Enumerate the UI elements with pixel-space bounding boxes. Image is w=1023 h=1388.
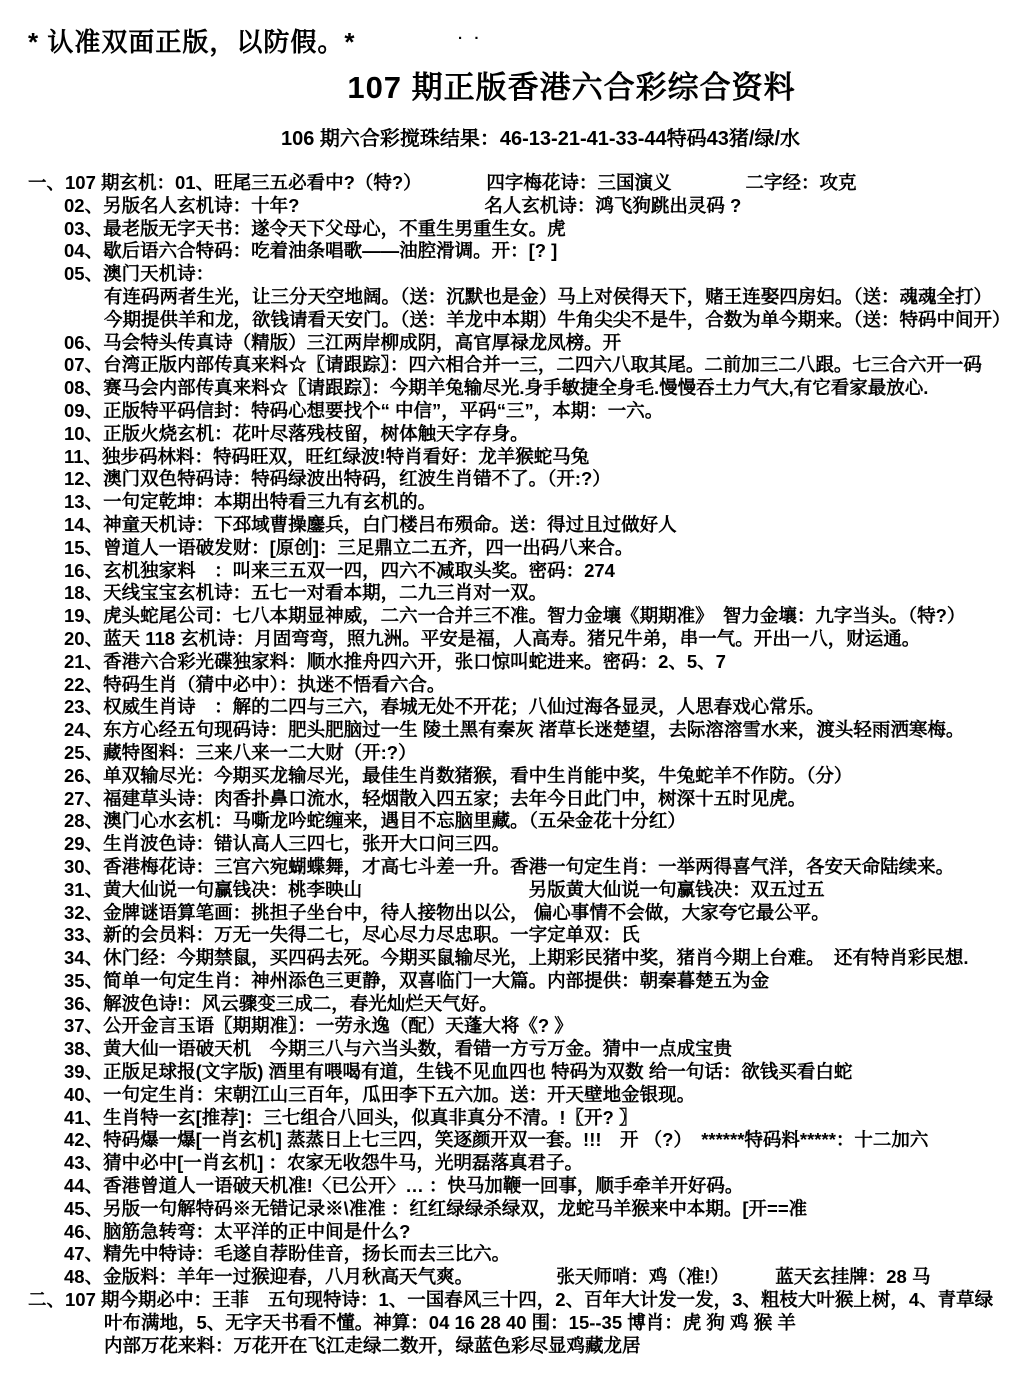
text-line-21: 20、蓝天 118 玄机诗：月固弯弯，照九洲。平安是福，人高寿。猪兄牛弟，串一气… xyxy=(0,628,1023,651)
text-line-42: 41、生肖特一玄[推荐]：三七组合八回头，似真非真分不清。!〖开? 〗 xyxy=(0,1107,1023,1130)
text-line-14: 12、澳门双色特码诗：特码绿波出特码，红波生肖错不了。（开:?） xyxy=(0,468,1023,491)
text-line-23: 22、特码生肖（猜中必中）：执迷不悟看六合。 xyxy=(0,674,1023,697)
text-line-43: 42、特码爆一爆[一肖玄机] 蒸蒸日上七三四，笑逐颜开双一套。!!! 开 （?）… xyxy=(0,1129,1023,1152)
text-line-36: 35、简单一句定生肖：神州添色三更静，双喜临门一大篇。内部提供：朝秦暮楚五为金 xyxy=(0,970,1023,993)
lottery-info-sheet: * 认准双面正版，以防假。* . . 107 期正版香港六合彩综合资料 106 … xyxy=(0,0,1023,1388)
text-line-52: 内部万花来料：万花开在飞江走绿二数开，绿蓝色彩尽显鸡藏龙居 xyxy=(0,1335,1023,1358)
text-line-9: 07、台湾正版内部传真来料☆〖请跟踪〗：四六相合并一三，二四六八取其尾。二前加三… xyxy=(0,354,1023,377)
text-line-16: 14、神童天机诗：下邳域曹操鏖兵，白门楼吕布殒命。送：得过且过做好人 xyxy=(0,514,1023,537)
text-line-17: 15、曾道人一语破发财：[原创]：三足鼎立二五齐，四一出码八来合。 xyxy=(0,537,1023,560)
previous-draw-result: 106 期六合彩搅珠结果：46-13-21-41-33-44特码43猪/绿/水 xyxy=(0,122,1023,151)
text-line-3: 03、最老版无字天书：遂令天下父母心，不重生男重生女。虎 xyxy=(0,218,1023,241)
text-line-6: 有连码两者生光，让三分天空地阔。（送：沉默也是金）马上对侯得天下，赌王连娶四房妇… xyxy=(0,286,1023,309)
text-line-32: 31、黄大仙说一句赢钱决：桃李映山 另版黄大仙说一句赢钱决：双五过五 xyxy=(0,879,1023,902)
text-line-41: 40、一句定生肖：宋朝江山三百年，瓜田李下五六加。送：开天壁地金银现。 xyxy=(0,1084,1023,1107)
text-line-8: 06、马会特头传真诗（精版）三江两岸柳成阴，高官厚禄龙凤榜。开 xyxy=(0,332,1023,355)
text-line-31: 30、香港梅花诗：三宫六宛蝴蝶舞，才高七斗差一升。香港一句定生肖：一举两得喜气洋… xyxy=(0,856,1023,879)
dots-mark: . . xyxy=(458,26,483,43)
text-line-30: 29、生肖波色诗：错认高人三四七，张开大口问三四。 xyxy=(0,833,1023,856)
text-line-1: 一、107 期玄机：01、旺尾三五必看中?（特?） 四字梅花诗：三国演义 二字经… xyxy=(0,172,1023,195)
text-line-50: 二、107 期今期必中：王菲 五句现特诗：1、一国春风三十四，2、百年大计发一发… xyxy=(0,1289,1023,1312)
text-line-39: 38、黄大仙一语破天机 今期三八与六当头数，看错一方亏万金。猜中一点成宝贵 xyxy=(0,1038,1023,1061)
text-line-49: 48、金版料：羊年一过猴迎春，八月秋高天气爽。 张天师哨：鸡（准!） 蓝天玄挂牌… xyxy=(0,1266,1023,1289)
text-line-38: 37、公开金言玉语〖期期准〗：一劳永逸（配）天蓬大将《? 》 xyxy=(0,1015,1023,1038)
text-line-46: 45、另版一句解特码※无错记录※\准准 ：红红绿绿杀绿双，龙蛇马羊猴来中本期。[… xyxy=(0,1198,1023,1221)
text-line-22: 21、香港六合彩光碟独家料：顺水推舟四六开，张口惊叫蛇进来。密码：2、5、7 xyxy=(0,651,1023,674)
text-line-37: 36、解波色诗!：风云骤变三成二，春光灿烂天气好。 xyxy=(0,993,1023,1016)
text-line-29: 28、澳门心水玄机：马嘶龙吟蛇缠来，遇目不忘脑里藏。（五朵金花十分红） xyxy=(0,810,1023,833)
text-line-27: 26、单双输尽光：今期买龙输尽光，最佳生肖数猪猴，看中生肖能中奖，牛兔蛇羊不作防… xyxy=(0,765,1023,788)
text-line-34: 33、新的会员料：万无一失得二七，尽心尽力尽忠职。一字定单双：氏 xyxy=(0,924,1023,947)
text-line-45: 44、香港曾道人一语破天机准!〈已公开〉… ：快马加鞭一回事，顺手牵羊开好码。 xyxy=(0,1175,1023,1198)
text-line-33: 32、金牌谜语算笔画：挑担子坐台中，待人接物出以公， 偏心事情不会做，大家夸它最… xyxy=(0,902,1023,925)
text-line-26: 25、藏特图料：三来八来一二大财（开:?） xyxy=(0,742,1023,765)
text-line-35: 34、休门经：今期禁鼠，买四码去死。今期买鼠输尽光，上期彩民猪中奖，猪肖今期上台… xyxy=(0,947,1023,970)
text-line-18: 16、玄机独家料 ：叫来三五双一四，四六不减取头奖。密码：274 xyxy=(0,560,1023,583)
text-line-13: 11、独步码林料：特码旺双，旺红绿波!特肖看好：龙羊猴蛇马兔 xyxy=(0,446,1023,469)
content-lines: 一、107 期玄机：01、旺尾三五必看中?（特?） 四字梅花诗：三国演义 二字经… xyxy=(0,172,1023,1357)
text-line-4: 04、歇后语六合特码：吃着油条唱歌——油腔滑调。开：[? ] xyxy=(0,240,1023,263)
text-line-7: 今期提供羊和龙，欲钱请看天安门。（送：羊龙中本期）牛角尖尖不是牛，合数为单今期来… xyxy=(0,309,1023,332)
text-line-20: 19、虎头蛇尾公司：七八本期显神威，二六一合并三不准。智力金壤《期期准》 智力金… xyxy=(0,605,1023,628)
page-title: 107 期正版香港六合彩综合资料 xyxy=(0,62,1023,107)
text-line-51: 叶布满地，5、无字天书看不懂。神算：04 16 28 40 围：15--35 博… xyxy=(0,1312,1023,1335)
text-line-44: 43、猜中必中[一肖玄机] ：农家无收怨牛马，光明磊落真君子。 xyxy=(0,1152,1023,1175)
text-line-28: 27、福建草头诗：肉香扑鼻口流水，轻烟散入四五家；去年今日此门中，树深十五时见虎… xyxy=(0,788,1023,811)
text-line-2: 02、另版名人玄机诗：十年? 名人玄机诗：鸿飞狗跳出灵码 ? xyxy=(0,195,1023,218)
text-line-40: 39、正版足球报(文字版) 酒里有喂喝有道，生钱不见血四也 特码为双数 给一句话… xyxy=(0,1061,1023,1084)
text-line-48: 47、精先中特诗：毛遂自荐盼佳音，扬长而去三比六。 xyxy=(0,1243,1023,1266)
text-line-24: 23、权威生肖诗 ：解的二四与三六，春城无处不开花；八仙过海各显灵，人思春戏心常… xyxy=(0,696,1023,719)
anti-fake-notice: * 认准双面正版，以防假。* xyxy=(28,22,355,59)
text-line-15: 13、一句定乾坤：本期出特看三九有玄机的。 xyxy=(0,491,1023,514)
text-line-19: 18、天线宝宝玄机诗：五七一对看本期，二九三肖对一双。 xyxy=(0,582,1023,605)
text-line-11: 09、正版特平码信封：特码心想要找个“ 中信”，平码“三”，本期：一六。 xyxy=(0,400,1023,423)
text-line-12: 10、正版火烧玄机：花叶尽落残枝留，树体触天字存身。 xyxy=(0,423,1023,446)
text-line-25: 24、东方心经五句现码诗：肥头肥脑过一生 陵土黑有秦灰 渚草长迷楚望，去际溶溶雪… xyxy=(0,719,1023,742)
text-line-5: 05、澳门天机诗： xyxy=(0,263,1023,286)
text-line-10: 08、赛马会内部传真来料☆〖请跟踪〗：今期羊兔输尽光.身手敏捷全身毛.慢慢吞土力… xyxy=(0,377,1023,400)
text-line-47: 46、脑筋急转弯：太平洋的正中间是什么? xyxy=(0,1221,1023,1244)
